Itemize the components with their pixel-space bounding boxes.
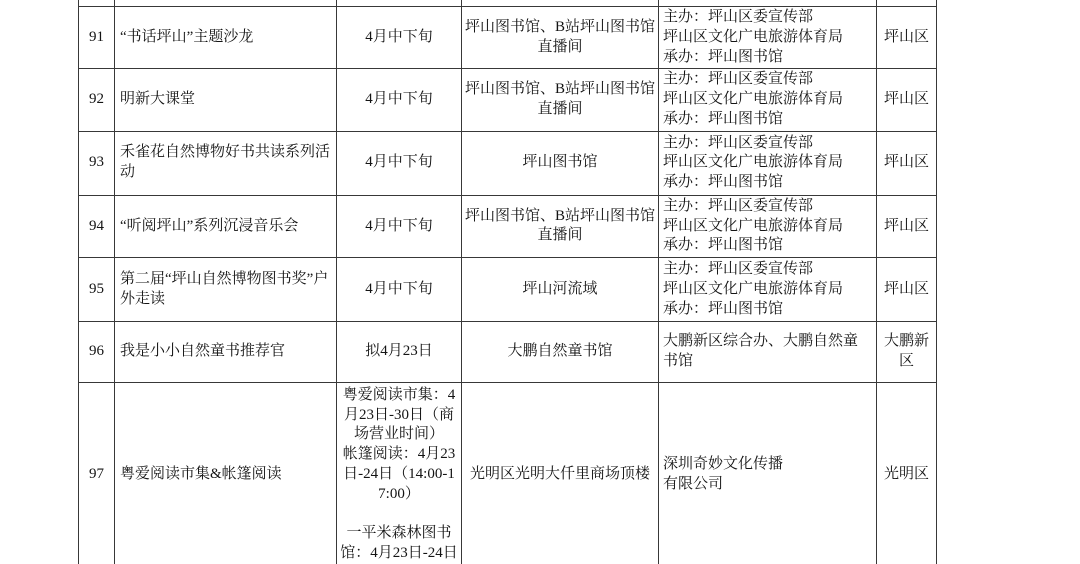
- event-name-cell: 禾雀花自然博物好书共读系列活动: [115, 131, 337, 195]
- row-number-cell: 92: [79, 69, 115, 131]
- cell-line: 深圳奇妙文化传播: [663, 455, 872, 475]
- cell-line: 粤爱阅读市集&帐篷阅读: [120, 465, 331, 485]
- event-district-cell: 坪山区: [877, 69, 937, 131]
- cell-line: 坪山区: [879, 280, 934, 300]
- cell-line: [339, 505, 459, 525]
- event-location-cell: 坪山图书馆、B站坪山图书馆直播间: [462, 7, 659, 69]
- event-location-cell: 坪山图书馆: [462, 131, 659, 195]
- events-schedule-table: 91 “书话坪山”主题沙龙 4月中下旬 坪山图书馆、B站坪山图书馆直播间 主办：…: [78, 0, 937, 564]
- cell-line: 坪山区: [879, 28, 934, 48]
- cell-line: “书话坪山”主题沙龙: [120, 28, 331, 48]
- event-organizer-cell: 主办：坪山区委宣传部坪山区文化广电旅游体育局承办：坪山图书馆: [659, 131, 877, 195]
- cell-line: 坪山图书馆、B站坪山图书馆直播间: [464, 18, 656, 58]
- cell-line: 主办：坪山区委宣传部: [663, 8, 872, 28]
- table-body: 91 “书话坪山”主题沙龙 4月中下旬 坪山图书馆、B站坪山图书馆直播间 主办：…: [79, 0, 937, 564]
- cell-line: 坪山区: [879, 153, 934, 173]
- cell-line: 97: [81, 465, 112, 485]
- event-location-cell: 光明区光明大仟里商场顶楼: [462, 383, 659, 564]
- event-date-cell: 4月中下旬: [337, 195, 462, 257]
- event-date-cell: 4月中下旬: [337, 258, 462, 322]
- cell-line: 帐篷阅读：4月23日-24日（14:00-17:00）: [339, 445, 459, 504]
- cell-line: 大鹏自然童书馆: [464, 342, 656, 362]
- event-location-cell: 坪山图书馆、B站坪山图书馆直播间: [462, 69, 659, 131]
- cell-line: “听阅坪山”系列沉浸音乐会: [120, 217, 331, 237]
- cell-line: 4月中下旬: [339, 217, 459, 237]
- cell-line: 主办：坪山区委宣传部: [663, 260, 872, 280]
- table-row: 96 我是小小自然童书推荐官 拟4月23日 大鹏自然童书馆 大鹏新区综合办、大鹏…: [79, 322, 937, 383]
- cell-line: 承办：坪山图书馆: [663, 173, 872, 193]
- event-location-cell: 坪山图书馆、B站坪山图书馆直播间: [462, 195, 659, 257]
- event-date-cell: 4月中下旬: [337, 131, 462, 195]
- table-row: 94 “听阅坪山”系列沉浸音乐会 4月中下旬 坪山图书馆、B站坪山图书馆直播间 …: [79, 195, 937, 257]
- cell-line: 明新大课堂: [120, 90, 331, 110]
- event-district-cell: 光明区: [877, 383, 937, 564]
- cell-line: 4月中下旬: [339, 28, 459, 48]
- cell-line: 坪山区文化广电旅游体育局: [663, 280, 872, 300]
- event-organizer-cell: 主办：坪山区委宣传部坪山区文化广电旅游体育局承办：坪山图书馆: [659, 7, 877, 69]
- event-location-cell: 大鹏自然童书馆: [462, 322, 659, 383]
- cell-line: 坪山区文化广电旅游体育局: [663, 153, 872, 173]
- cell-line: 第二届“坪山自然博物图书奖”户外走读: [120, 270, 331, 310]
- cell-line: 92: [81, 90, 112, 110]
- cell-line: 4月中下旬: [339, 280, 459, 300]
- cell-line: 坪山图书馆: [464, 153, 656, 173]
- table-row: 95 第二届“坪山自然博物图书奖”户外走读 4月中下旬 坪山河流域 主办：坪山区…: [79, 258, 937, 322]
- cell-line: 粤爱阅读市集：4月23日-30日（商场营业时间）: [339, 386, 459, 445]
- row-number-cell: 94: [79, 195, 115, 257]
- row-number-cell: 91: [79, 7, 115, 69]
- cell-line: 坪山区文化广电旅游体育局: [663, 90, 872, 110]
- event-district-cell: 坪山区: [877, 258, 937, 322]
- cell-line: 坪山区文化广电旅游体育局: [663, 217, 872, 237]
- cell-line: 大鹏新区综合办、大鹏自然童书馆: [663, 332, 872, 372]
- table-row: 92 明新大课堂 4月中下旬 坪山图书馆、B站坪山图书馆直播间 主办：坪山区委宣…: [79, 69, 937, 131]
- event-name-cell: “书话坪山”主题沙龙: [115, 7, 337, 69]
- cell-line: 93: [81, 153, 112, 173]
- event-organizer-cell: 大鹏新区综合办、大鹏自然童书馆: [659, 322, 877, 383]
- row-number-cell: 95: [79, 258, 115, 322]
- event-date-cell: 粤爱阅读市集：4月23日-30日（商场营业时间）帐篷阅读：4月23日-24日（1…: [337, 383, 462, 564]
- cell-line: 承办：坪山图书馆: [663, 300, 872, 320]
- cell-line: 主办：坪山区委宣传部: [663, 197, 872, 217]
- cell-line: 坪山区: [879, 217, 934, 237]
- cell-line: 4月中下旬: [339, 90, 459, 110]
- cell-line: 拟4月23日: [339, 342, 459, 362]
- table-row: 97 粤爱阅读市集&帐篷阅读 粤爱阅读市集：4月23日-30日（商场营业时间）帐…: [79, 383, 937, 564]
- cell-line: 坪山河流域: [464, 280, 656, 300]
- cell-line: 大鹏新区: [879, 332, 934, 372]
- event-district-cell: 坪山区: [877, 195, 937, 257]
- table-row: 93 禾雀花自然博物好书共读系列活动 4月中下旬 坪山图书馆 主办：坪山区委宣传…: [79, 131, 937, 195]
- event-district-cell: 坪山区: [877, 131, 937, 195]
- cell-line: 一平米森林图书馆：4月23日-24日: [339, 524, 459, 564]
- event-name-cell: 第二届“坪山自然博物图书奖”户外走读: [115, 258, 337, 322]
- event-name-cell: 粤爱阅读市集&帐篷阅读: [115, 383, 337, 564]
- cell-line: 4月中下旬: [339, 153, 459, 173]
- cell-line: 光明区: [879, 465, 934, 485]
- cell-line: 94: [81, 217, 112, 237]
- event-name-cell: 我是小小自然童书推荐官: [115, 322, 337, 383]
- row-number-cell: 96: [79, 322, 115, 383]
- event-location-cell: 坪山河流域: [462, 258, 659, 322]
- event-name-cell: 明新大课堂: [115, 69, 337, 131]
- event-district-cell: 大鹏新区: [877, 322, 937, 383]
- cell-line: 坪山区文化广电旅游体育局: [663, 28, 872, 48]
- cell-line: 主办：坪山区委宣传部: [663, 70, 872, 90]
- cell-line: 96: [81, 342, 112, 362]
- cell-line: 主办：坪山区委宣传部: [663, 134, 872, 154]
- cell-line: 禾雀花自然博物好书共读系列活动: [120, 143, 331, 183]
- cell-line: 91: [81, 28, 112, 48]
- cell-line: 承办：坪山图书馆: [663, 110, 872, 130]
- document-page: 91 “书话坪山”主题沙龙 4月中下旬 坪山图书馆、B站坪山图书馆直播间 主办：…: [0, 0, 1080, 564]
- event-district-cell: 坪山区: [877, 7, 937, 69]
- cell-line: 承办：坪山图书馆: [663, 236, 872, 256]
- cell-line: 我是小小自然童书推荐官: [120, 342, 331, 362]
- row-number-cell: 97: [79, 383, 115, 564]
- event-organizer-cell: 主办：坪山区委宣传部坪山区文化广电旅游体育局承办：坪山图书馆: [659, 195, 877, 257]
- event-date-cell: 4月中下旬: [337, 7, 462, 69]
- row-number-cell: 93: [79, 131, 115, 195]
- event-date-cell: 拟4月23日: [337, 322, 462, 383]
- event-organizer-cell: 主办：坪山区委宣传部坪山区文化广电旅游体育局承办：坪山图书馆: [659, 69, 877, 131]
- cell-line: 光明区光明大仟里商场顶楼: [464, 465, 656, 485]
- cell-line: 坪山图书馆、B站坪山图书馆直播间: [464, 207, 656, 247]
- event-organizer-cell: 主办：坪山区委宣传部坪山区文化广电旅游体育局承办：坪山图书馆: [659, 258, 877, 322]
- event-date-cell: 4月中下旬: [337, 69, 462, 131]
- cell-line: 承办：坪山图书馆: [663, 48, 872, 68]
- cell-line: 坪山图书馆、B站坪山图书馆直播间: [464, 80, 656, 120]
- cell-line: 95: [81, 280, 112, 300]
- event-name-cell: “听阅坪山”系列沉浸音乐会: [115, 195, 337, 257]
- cell-line: 有限公司: [663, 475, 872, 495]
- cell-line: 坪山区: [879, 90, 934, 110]
- event-organizer-cell: 深圳奇妙文化传播有限公司: [659, 383, 877, 564]
- table-row: 91 “书话坪山”主题沙龙 4月中下旬 坪山图书馆、B站坪山图书馆直播间 主办：…: [79, 7, 937, 69]
